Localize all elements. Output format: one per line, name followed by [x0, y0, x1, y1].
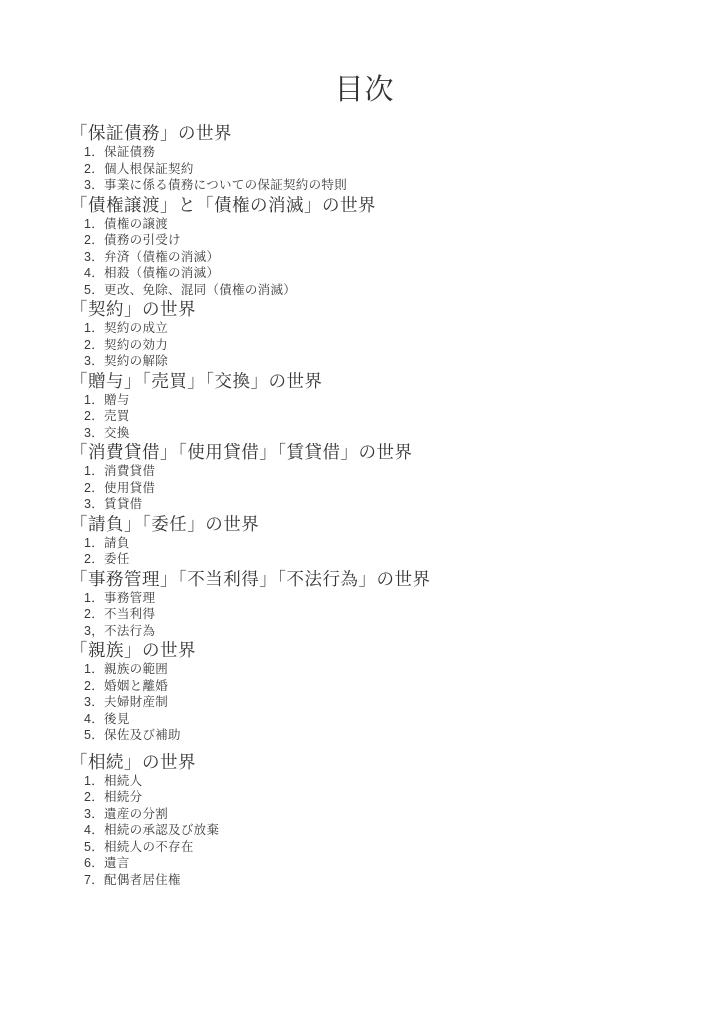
section-heading: 「消費貸借」「使用貸借」「賃貸借」の世界 — [70, 441, 693, 463]
toc-section-taishaku: 「消費貸借」「使用貸借」「賃貸借」の世界 1．消費貸借 2．使用貸借 3．賃貸借 — [70, 441, 693, 513]
section-heading: 「親族」の世界 — [70, 639, 693, 661]
page-title: 目次 — [0, 75, 723, 105]
toc-item: 1．契約の成立 — [70, 320, 693, 337]
toc-item: 7．配偶者居住権 — [70, 872, 693, 889]
toc-item: 3．賃貸借 — [70, 496, 693, 513]
toc-item: 3．遺産の分割 — [70, 806, 693, 823]
toc-item: 1．債権の譲渡 — [70, 216, 693, 233]
document-page: 目次 「保証債務」の世界 1．保証債務 2．個人根保証契約 3．事業に係る債務に… — [0, 0, 723, 1024]
section-heading: 「契約」の世界 — [70, 298, 693, 320]
toc-item: 2．契約の効力 — [70, 337, 693, 354]
toc-item: 3．弁済（債権の消滅） — [70, 249, 693, 266]
toc-item: 1．事務管理 — [70, 590, 693, 607]
toc-section-sozoku: 「相続」の世界 1．相続人 2．相続分 3．遺産の分割 4．相続の承認及び放棄 … — [70, 751, 693, 889]
toc-item: 3，不法行為 — [70, 623, 693, 640]
table-of-contents: 「保証債務」の世界 1．保証債務 2．個人根保証契約 3．事業に係る債務について… — [70, 122, 693, 888]
toc-section-ukeoi-inin: 「請負」「委任」の世界 1．請負 2．委任 — [70, 513, 693, 568]
toc-item: 2．不当利得 — [70, 606, 693, 623]
section-heading: 「請負」「委任」の世界 — [70, 513, 693, 535]
toc-item: 2．売買 — [70, 408, 693, 425]
toc-section-saikenjoto: 「債権譲渡」と「債権の消滅」の世界 1．債権の譲渡 2．債務の引受け 3．弁済（… — [70, 194, 693, 299]
toc-item: 2．使用貸借 — [70, 480, 693, 497]
toc-section-hoshosaimu: 「保証債務」の世界 1．保証債務 2．個人根保証契約 3．事業に係る債務について… — [70, 122, 693, 194]
section-heading: 「贈与」「売買」「交換」の世界 — [70, 370, 693, 392]
toc-section-keiyaku: 「契約」の世界 1．契約の成立 2．契約の効力 3．契約の解除 — [70, 298, 693, 370]
toc-section-shinzoku: 「親族」の世界 1．親族の範囲 2．婚姻と離婚 3．夫婦財産制 4．後見 5．保… — [70, 639, 693, 744]
toc-item: 2．相続分 — [70, 789, 693, 806]
section-heading: 「保証債務」の世界 — [70, 122, 693, 144]
toc-item: 1．請負 — [70, 535, 693, 552]
toc-item: 3．契約の解除 — [70, 353, 693, 370]
toc-section-jimukanri: 「事務管理」「不当利得」「不法行為」の世界 1．事務管理 2．不当利得 3，不法… — [70, 568, 693, 640]
section-heading: 「事務管理」「不当利得」「不法行為」の世界 — [70, 568, 693, 590]
toc-item: 4．相続の承認及び放棄 — [70, 822, 693, 839]
toc-item: 5．保佐及び補助 — [70, 727, 693, 744]
toc-item: 1．親族の範囲 — [70, 661, 693, 678]
toc-item: 4．相殺（債権の消滅） — [70, 265, 693, 282]
toc-item: 5．更改、免除、混同（債権の消滅） — [70, 282, 693, 299]
toc-item: 1．贈与 — [70, 392, 693, 409]
toc-item: 1．保証債務 — [70, 144, 693, 161]
toc-item: 3．夫婦財産制 — [70, 694, 693, 711]
toc-section-zoyo-baibai-kokan: 「贈与」「売買」「交換」の世界 1．贈与 2．売買 3．交換 — [70, 370, 693, 442]
toc-item: 1．相続人 — [70, 773, 693, 790]
toc-item: 2．債務の引受け — [70, 232, 693, 249]
toc-item: 6．遺言 — [70, 855, 693, 872]
toc-item: 5．相続人の不存在 — [70, 839, 693, 856]
toc-item: 2．委任 — [70, 551, 693, 568]
section-heading: 「債権譲渡」と「債権の消滅」の世界 — [70, 194, 693, 216]
toc-item: 1．消費貸借 — [70, 463, 693, 480]
toc-item: 2．婚姻と離婚 — [70, 678, 693, 695]
toc-item: 4．後見 — [70, 711, 693, 728]
toc-item: 2．個人根保証契約 — [70, 161, 693, 178]
section-heading: 「相続」の世界 — [70, 751, 693, 773]
toc-item: 3．交換 — [70, 425, 693, 442]
toc-item: 3．事業に係る債務についての保証契約の特則 — [70, 177, 693, 194]
